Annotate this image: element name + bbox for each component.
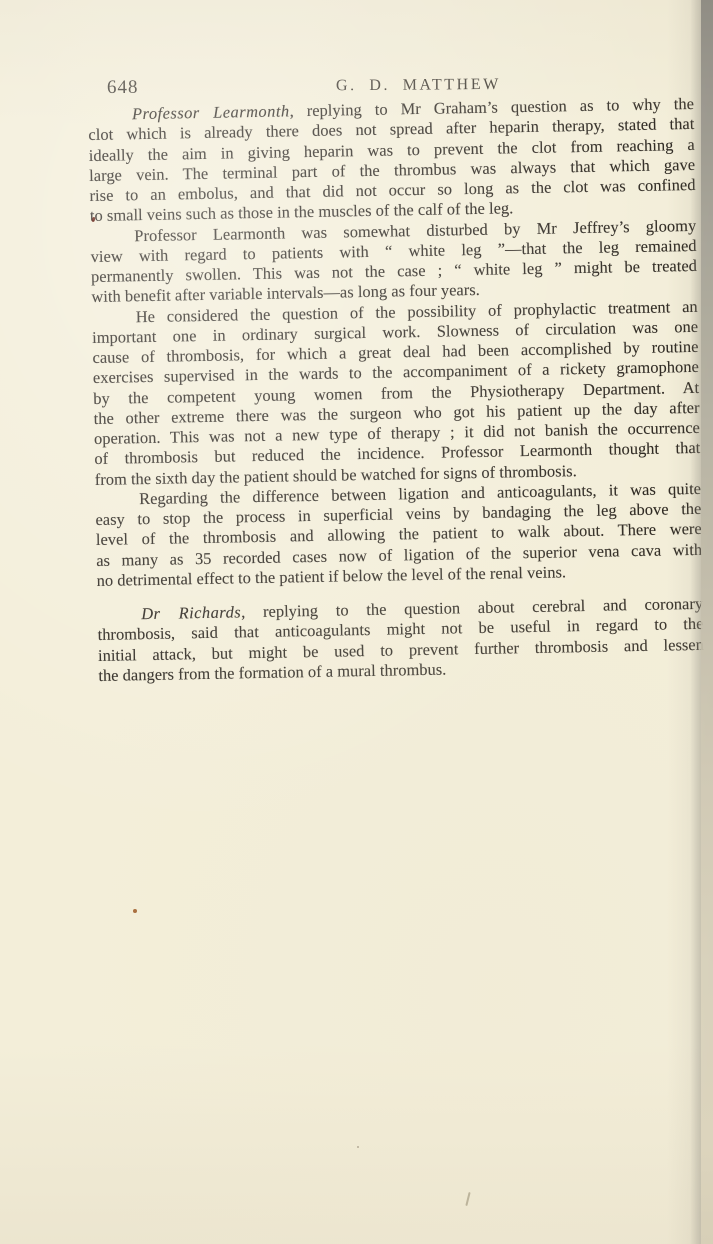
page-text-column: Professor Learmonth, replying to Mr Grah… [88, 94, 705, 686]
paragraph: Professor Learmonth was somewhat disturb… [90, 215, 697, 307]
paragraph: He considered the question of the possib… [92, 296, 701, 489]
page-body: Professor Learmonth, replying to Mr Grah… [0, 0, 713, 1244]
speaker-name: Dr Richards [141, 602, 241, 623]
paragraph: Dr Richards, replying to the question ab… [97, 594, 704, 686]
book-page-scan: 648 G. D. MATTHEW Professor Learmonth, r… [0, 0, 713, 1244]
paragraph: Professor Learmonth, replying to Mr Grah… [88, 94, 696, 227]
paragraph: Regarding the difference between ligatio… [95, 479, 703, 591]
speaker-name: Professor Learmonth [132, 101, 290, 123]
